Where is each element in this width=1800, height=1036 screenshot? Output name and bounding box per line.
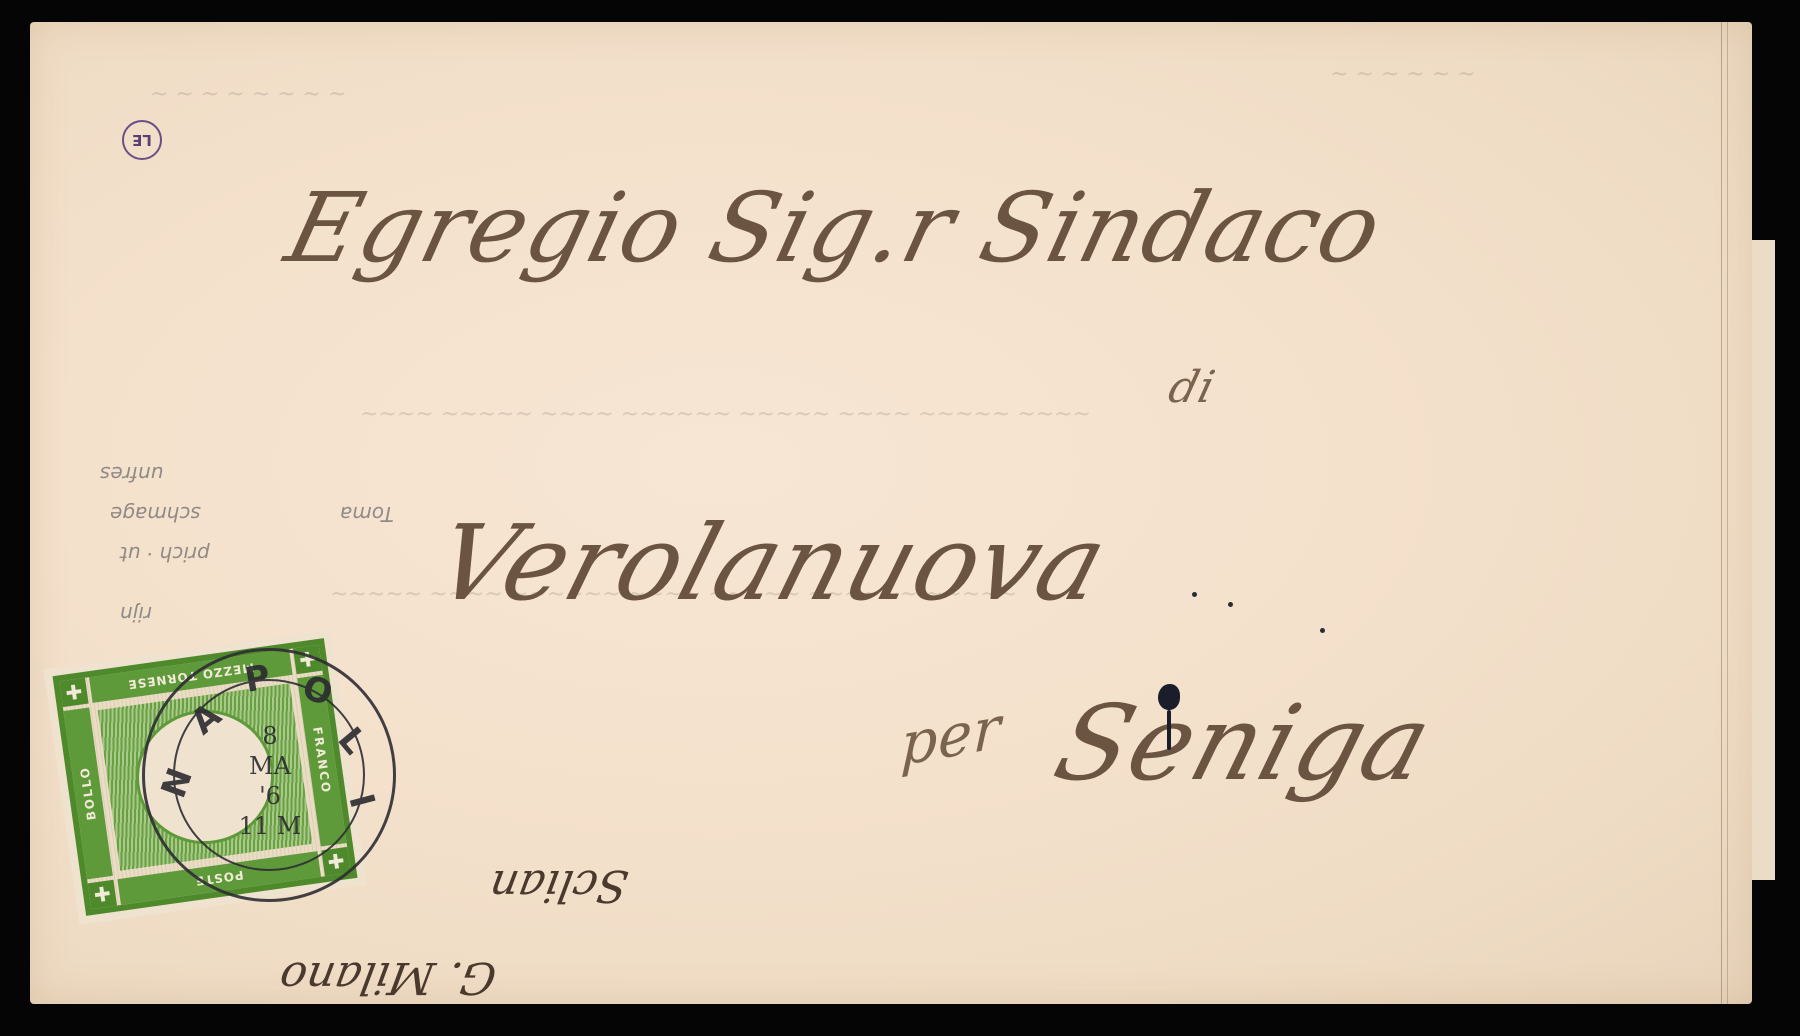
address-di: di — [1164, 362, 1221, 413]
pencil-note: unfres — [100, 462, 163, 486]
postmark-year: '6 — [235, 781, 305, 811]
postmark-letter: L — [330, 720, 375, 762]
pencil-note: Toma — [340, 502, 394, 526]
salutation: Egregio Sig.r Sindaco — [276, 172, 1393, 284]
postmark-napoli: N A P O L I 8 MA '6 11 M — [142, 648, 396, 902]
ink-speck — [1192, 592, 1197, 597]
back-flap — [1748, 240, 1775, 880]
address-town: Verolanuova — [423, 502, 1121, 624]
upside-down-note: G. Milano — [276, 952, 501, 1003]
collector-mark: LE — [122, 120, 162, 160]
address-post-town: Seniga — [1043, 682, 1446, 804]
bleed-through-text: ~ ~ ~ ~ ~ ~ — [1330, 62, 1476, 87]
address-per: per — [900, 692, 1003, 779]
postmark-month: MA — [235, 751, 305, 781]
bleed-through-text: ~ ~ ~ ~ ~ ~ ~ ~ — [150, 82, 346, 107]
cross-icon: ✚ — [59, 678, 88, 707]
postmark-letter: A — [183, 695, 229, 743]
ink-speck — [1228, 602, 1233, 607]
pencil-note: schmage — [110, 502, 201, 526]
ink-drip — [1167, 710, 1171, 750]
postmark-date: 8 MA '6 11 M — [235, 721, 305, 841]
upside-down-note: Sclian — [486, 860, 632, 911]
ink-speck — [1320, 628, 1325, 633]
bleed-through-text: ~~~~ ~~~~~ ~~~~ ~~~~~~ ~~~~~ ~~~~ ~~~~~ … — [360, 402, 1091, 427]
ink-blot — [1158, 684, 1180, 710]
pencil-note: prich · ut — [120, 542, 210, 566]
postmark-letter: I — [340, 790, 382, 813]
cross-icon: ✚ — [88, 880, 117, 909]
postmark-letter: P — [242, 657, 273, 701]
pencil-note: rijn — [120, 602, 152, 626]
postmark-letter: N — [154, 763, 201, 803]
postmark-letter: O — [297, 667, 338, 714]
fold-line — [1727, 22, 1728, 1004]
postmark-time: 11 M — [235, 811, 305, 841]
postmark-day: 8 — [235, 721, 305, 751]
